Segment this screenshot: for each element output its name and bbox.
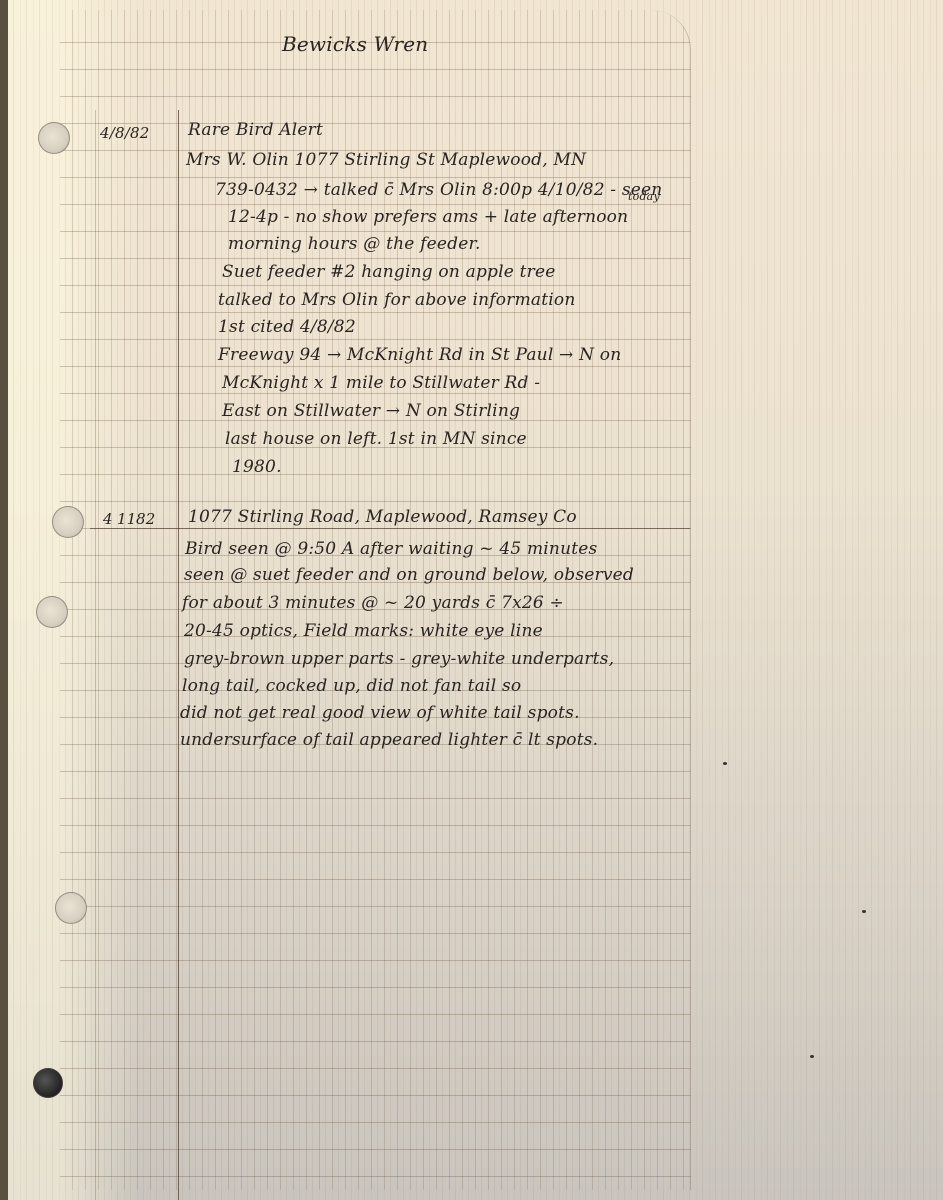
entry-line: morning hours @ the feeder. xyxy=(228,234,481,254)
entry-line: Rare Bird Alert xyxy=(188,120,323,140)
entry-line: talked to Mrs Olin for above information xyxy=(218,290,575,310)
binder-hole xyxy=(52,506,84,538)
entry-line: Suet feeder #2 hanging on apple tree xyxy=(222,262,556,282)
page-edge-shadow xyxy=(0,0,8,1200)
annotation-today: today xyxy=(628,190,660,203)
entry-line: Mrs W. Olin 1077 Stirling St Maplewood, … xyxy=(186,150,586,170)
entry-line: 12-4p - no show prefers ams + late after… xyxy=(228,207,628,227)
entry-line: did not get real good view of white tail… xyxy=(180,703,580,723)
entry-line: for about 3 minutes @ ~ 20 yards c̄ 7x26… xyxy=(182,593,564,613)
entry-line: 739-0432 → talked c̄ Mrs Olin 8:00p 4/10… xyxy=(215,180,662,200)
entry-line: 20-45 optics, Field marks: white eye lin… xyxy=(184,621,543,641)
entry-line: seen @ suet feeder and on ground below, … xyxy=(184,565,634,585)
paper-speck xyxy=(723,762,727,765)
entry-separator xyxy=(90,528,690,529)
date-column-divider-inner xyxy=(95,110,96,1200)
entry-line: 1077 Stirling Road, Maplewood, Ramsey Co xyxy=(188,507,577,527)
entry-date-month: 4 xyxy=(103,510,113,528)
entry-line: last house on left. 1st in MN since xyxy=(225,429,527,449)
entry-line: Freeway 94 → McKnight Rd in St Paul → N … xyxy=(218,345,621,365)
binder-hole xyxy=(33,1068,63,1098)
entry-line: long tail, cocked up, did not fan tail s… xyxy=(182,676,521,696)
entry-date: 4/8/82 xyxy=(100,124,149,142)
binder-hole xyxy=(55,892,87,924)
entry-line: East on Stillwater → N on Stirling xyxy=(222,401,520,421)
entry-line: undersurface of tail appeared lighter c̄… xyxy=(180,730,598,750)
binder-hole xyxy=(38,122,70,154)
notebook-page: Bewicks Wren 4/8/82 Rare Bird Alert Mrs … xyxy=(0,0,943,1200)
paper-speck xyxy=(810,1055,814,1058)
entry-line: grey-brown upper parts - grey-white unde… xyxy=(184,649,614,669)
entry-line: 1st cited 4/8/82 xyxy=(218,317,356,337)
entry-line: 1980. xyxy=(232,457,282,477)
binder-hole xyxy=(36,596,68,628)
page-title: Bewicks Wren xyxy=(282,32,428,56)
paper-speck xyxy=(862,910,866,913)
entry-line: McKnight x 1 mile to Stillwater Rd - xyxy=(222,373,540,393)
entry-line: Bird seen @ 9:50 A after waiting ~ 45 mi… xyxy=(185,539,597,559)
date-column-divider xyxy=(178,110,179,1200)
entry-date-day: 11 xyxy=(117,510,137,528)
entry-date-year: 82 xyxy=(136,510,156,528)
